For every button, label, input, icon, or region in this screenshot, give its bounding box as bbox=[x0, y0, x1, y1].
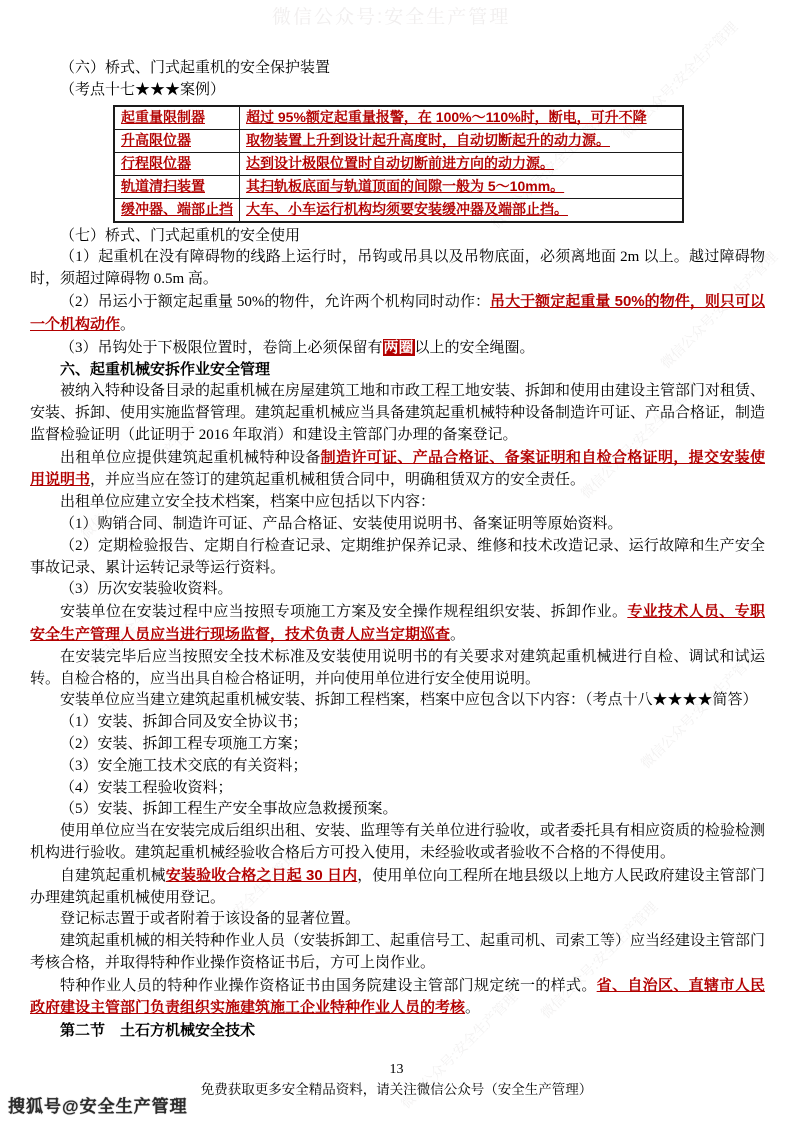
paragraph: 安装单位在安装过程中应当按照专项施工方案及安全操作规程组织安装、拆卸作业。专业技… bbox=[30, 601, 765, 647]
paragraph: （六）桥式、门式起重机的安全保护装置 bbox=[30, 58, 765, 80]
body-text: 在安装完毕后应当按照安全技术标准及安装使用说明书的有关要求对建筑起重机械进行自检… bbox=[30, 649, 765, 687]
watermark-sohu: 搜狐号@安全生产管理 bbox=[8, 1092, 188, 1117]
device-name-cell: 行程限位器 bbox=[114, 152, 240, 175]
body-text: （七）桥式、门式起重机的安全使用 bbox=[60, 228, 300, 244]
device-name-cell: 轨道清扫装置 bbox=[114, 175, 240, 198]
body-text: （考点十七★★★案例） bbox=[60, 82, 225, 98]
emphasis-red-text: 安装验收合格之日起 30 日内 bbox=[166, 867, 357, 884]
body-text: 被纳入特种设备目录的起重机械在房屋建筑工地和市政工程工地安装、拆卸和使用由建设主… bbox=[30, 383, 765, 443]
paragraph: 登记标志置于或者附着于该设备的显著位置。 bbox=[30, 909, 765, 931]
device-desc-cell: 取物装置上升到设计起升高度时，自动切断起升的动力源。 bbox=[240, 129, 684, 152]
body-text: 使用单位应当在安装完成后组织出租、安装、监理等有关单位进行验收，或者委托具有相应… bbox=[30, 823, 765, 861]
table-row: 轨道清扫装置其扫轨板底面与轨道顶面的间隙一般为 5～10mm。 bbox=[114, 175, 683, 198]
paragraph: （3）历次安装验收资料。 bbox=[30, 579, 765, 601]
body-text: （六）桥式、门式起重机的安全保护装置 bbox=[60, 60, 330, 76]
body-text: 第二节 土石方机械安全技术 bbox=[60, 1022, 255, 1039]
body-text: 。 bbox=[465, 1000, 480, 1016]
device-desc-cell: 达到设计极限位置时自动切断前进方向的动力源。 bbox=[240, 152, 684, 175]
body-text: 自建筑起重机械 bbox=[60, 868, 166, 884]
body-text: （1）购销合同、制造许可证、产品合格证、安装使用说明书、备案证明等原始资料。 bbox=[60, 516, 623, 532]
body-text: ，并应当应在签订的建筑起重机械租赁合同中，明确租赁双方的安全责任。 bbox=[90, 472, 585, 488]
body-text: 安装单位应当建立建筑起重机械安装、拆卸工程档案，档案中应包含以下内容：（考点十八… bbox=[60, 692, 758, 708]
paragraph: 被纳入特种设备目录的起重机械在房屋建筑工地和市政工程工地安装、拆卸和使用由建设主… bbox=[30, 381, 765, 446]
body-text: （3）历次安装验收资料。 bbox=[60, 581, 233, 597]
paragraph: （2）吊运小于额定起重量 50%的物件，允许两个机构同时动作：吊大于额定起重量 … bbox=[30, 291, 765, 337]
body-text: 安装单位在安装过程中应当按照专项施工方案及安全操作规程组织安装、拆卸作业。 bbox=[60, 604, 627, 620]
body-text: （1）起重机在没有障碍物的线路上运行时，吊钩或吊具以及吊物底面，必须离地面 2m… bbox=[30, 249, 765, 287]
paragraph: （2）定期检验报告、定期自行检查记录、定期维护保养记录、维修和技术改造记录、运行… bbox=[30, 536, 765, 580]
paragraph: 安装单位应当建立建筑起重机械安装、拆卸工程档案，档案中应包含以下内容：（考点十八… bbox=[30, 690, 765, 712]
paragraph: 出租单位应提供建筑起重机械特种设备制造许可证、产品合格证、备案证明和自检合格证明… bbox=[30, 447, 765, 493]
paragraph: 自建筑起重机械安装验收合格之日起 30 日内，使用单位向工程所在地县级以上地方人… bbox=[30, 865, 765, 910]
device-name-cell: 升高限位器 bbox=[114, 129, 240, 152]
body-text: 出租单位应提供建筑起重机械特种设备 bbox=[60, 450, 321, 466]
table-row: 行程限位器达到设计极限位置时自动切断前进方向的动力源。 bbox=[114, 152, 683, 175]
safety-devices-table: 起重量限制器超过 95%额定起重量报警，在 100%～110%时，断电，可升不降… bbox=[113, 105, 684, 223]
body-text: （1）安装、拆卸合同及安全协议书； bbox=[60, 714, 308, 730]
paragraph: 特种作业人员的特种作业操作资格证书由国务院建设主管部门规定统一的样式。省、自治区… bbox=[30, 975, 765, 1021]
body-text: （2）定期检验报告、定期自行检查记录、定期维护保养记录、维修和技术改造记录、运行… bbox=[30, 538, 765, 576]
body-text: 六、起重机械安拆作业安全管理 bbox=[60, 361, 270, 378]
device-desc-cell: 其扫轨板底面与轨道顶面的间隙一般为 5～10mm。 bbox=[240, 175, 684, 198]
body-text: 。 bbox=[450, 627, 465, 643]
paragraph: 出租单位应建立安全技术档案，档案中应包括以下内容： bbox=[30, 492, 765, 514]
device-desc-cell: 大车、小车运行机构均须要安装缓冲器及端部止挡。 bbox=[240, 198, 684, 222]
paragraph: （1）安装、拆卸合同及安全协议书； bbox=[30, 712, 765, 734]
content: （六）桥式、门式起重机的安全保护装置（考点十七★★★案例）起重量限制器超过 95… bbox=[30, 58, 765, 1042]
paragraph: （1）起重机在没有障碍物的线路上运行时，吊钩或吊具以及吊物底面，必须离地面 2m… bbox=[30, 247, 765, 291]
body-text: 。 bbox=[120, 317, 135, 333]
body-text: 登记标志置于或者附着于该设备的显著位置。 bbox=[60, 911, 360, 927]
body-text: 出租单位应建立安全技术档案，档案中应包括以下内容： bbox=[60, 494, 435, 510]
table-row: 升高限位器取物装置上升到设计起升高度时，自动切断起升的动力源。 bbox=[114, 129, 683, 152]
body-text: （2）吊运小于额定起重量 50%的物件，允许两个机构同时动作： bbox=[60, 294, 490, 310]
body-text: （4）安装工程验收资料； bbox=[60, 780, 233, 796]
section-heading: 六、起重机械安拆作业安全管理 bbox=[30, 359, 765, 381]
paragraph: （5）安装、拆卸工程生产安全事故应急救援预案。 bbox=[30, 799, 765, 821]
paragraph: （1）购销合同、制造许可证、产品合格证、安装使用说明书、备案证明等原始资料。 bbox=[30, 514, 765, 536]
body-text: （3）吊钩处于下极限位置时，卷筒上必须保留有 bbox=[60, 340, 383, 356]
watermark-top: 微信公众号:安全生产管理 bbox=[272, 2, 510, 29]
device-desc-cell: 超过 95%额定起重量报警，在 100%～110%时，断电，可升不降 bbox=[240, 106, 684, 130]
body-text: 以上的安全绳圈。 bbox=[415, 340, 535, 356]
body-text: （5）安装、拆卸工程生产安全事故应急救援预案。 bbox=[60, 801, 398, 817]
body-text: （2）安装、拆卸工程专项施工方案； bbox=[60, 736, 308, 752]
table-row: 缓冲器、端部止挡大车、小车运行机构均须要安装缓冲器及端部止挡。 bbox=[114, 198, 683, 222]
page-number: 13 bbox=[0, 1062, 793, 1078]
table-row: 起重量限制器超过 95%额定起重量报警，在 100%～110%时，断电，可升不降 bbox=[114, 106, 683, 130]
paragraph: （3）安全施工技术交底的有关资料； bbox=[30, 756, 765, 778]
paragraph: （考点十七★★★案例） bbox=[30, 80, 765, 102]
paragraph: （2）安装、拆卸工程专项施工方案； bbox=[30, 734, 765, 756]
paragraph: 使用单位应当在安装完成后组织出租、安装、监理等有关单位进行验收，或者委托具有相应… bbox=[30, 821, 765, 865]
highlighted-text: 两圈 bbox=[383, 339, 415, 356]
paragraph: （七）桥式、门式起重机的安全使用 bbox=[30, 226, 765, 248]
body-text: （3）安全施工技术交底的有关资料； bbox=[60, 758, 308, 774]
body-text: 特种作业人员的特种作业操作资格证书由国务院建设主管部门规定统一的样式。 bbox=[60, 978, 597, 994]
body-text: 建筑起重机械的相关特种作业人员（安装拆卸工、起重信号工、起重司机、司索工等）应当… bbox=[30, 933, 765, 971]
section-heading: 第二节 土石方机械安全技术 bbox=[30, 1020, 765, 1042]
paragraph: 建筑起重机械的相关特种作业人员（安装拆卸工、起重信号工、起重司机、司索工等）应当… bbox=[30, 931, 765, 975]
device-name-cell: 起重量限制器 bbox=[114, 106, 240, 130]
document-page: 微信公众号:安全生产管理 微信公众号:安全生产管理 微信公众号:安全生产管理 微… bbox=[0, 0, 793, 1122]
device-name-cell: 缓冲器、端部止挡 bbox=[114, 198, 240, 222]
paragraph: （4）安装工程验收资料； bbox=[30, 778, 765, 800]
paragraph: 在安装完毕后应当按照安全技术标准及安装使用说明书的有关要求对建筑起重机械进行自检… bbox=[30, 647, 765, 691]
paragraph: （3）吊钩处于下极限位置时，卷筒上必须保留有两圈以上的安全绳圈。 bbox=[30, 337, 765, 360]
